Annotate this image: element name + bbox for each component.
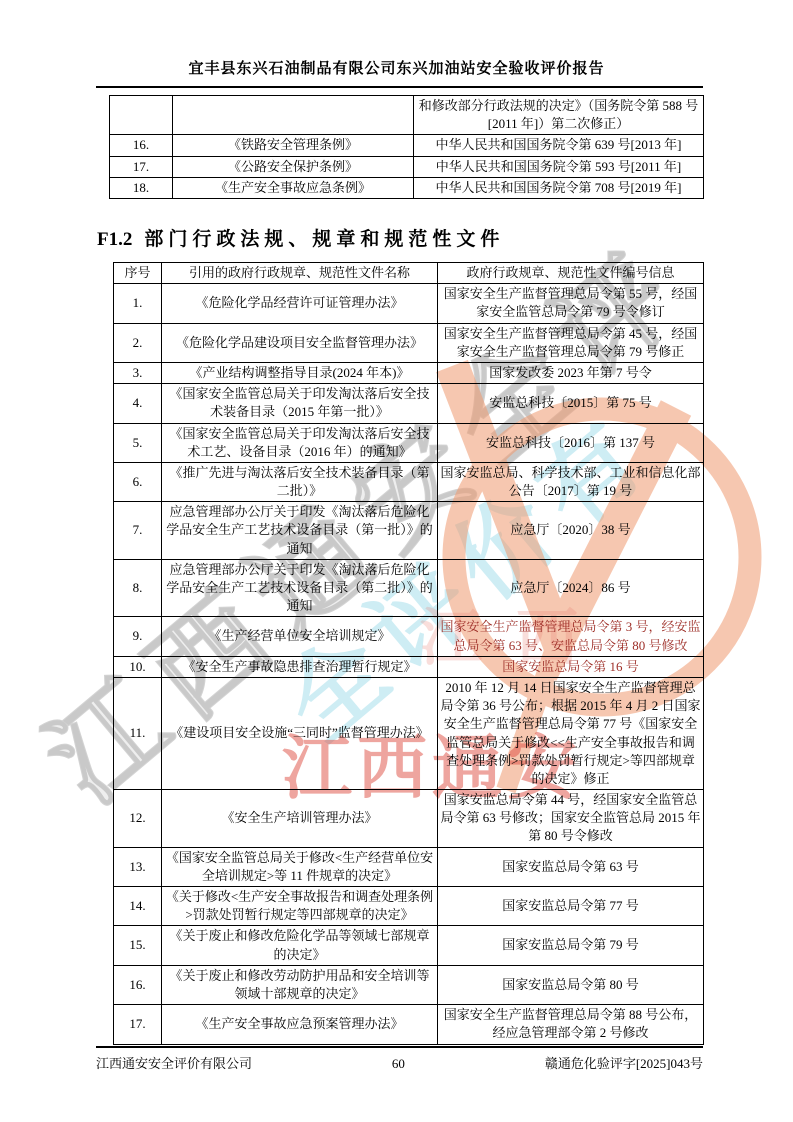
table-row: 15.《关于废止和修改危险化学品等领域七部规章的决定》国家安监总局令第 79 号 <box>114 926 704 965</box>
cell-index: 16. <box>114 965 162 1004</box>
cell-document-name: 《危险化学品建设项目安全监督管理办法》 <box>162 323 438 362</box>
cell-document-number: 国家安监总局、科学技术部、工业和信息化部公告〔2017〕第 19 号 <box>438 462 704 501</box>
table-row: 5.《国家安全监管总局关于印发淘汰落后安全技术工艺、设备目录（2016 年）的通… <box>114 423 704 462</box>
cell-document-name: 《国家安全监管总局关于印发淘汰落后安全技术装备目录（2015 年第一批）》 <box>162 384 438 423</box>
cell-document-name: 《公路安全保护条例》 <box>173 156 414 177</box>
cell-document-name: 《危险化学品经营许可证管理办法》 <box>162 284 438 323</box>
cell-index: 18. <box>110 177 173 198</box>
cell-index: 1. <box>114 284 162 323</box>
cell-document-number: 国家安监总局令第 79 号 <box>438 926 704 965</box>
cell-document-name <box>173 96 414 135</box>
cell-document-name: 应急管理部办公厅关于印发《淘汰落后危险化学品安全生产工艺技术设备目录（第一批）》… <box>162 502 438 560</box>
cell-document-number: 国家安监总局令第 16 号 <box>438 656 704 677</box>
cell-index: 8. <box>114 559 162 617</box>
table-row: 17.《公路安全保护条例》中华人民共和国国务院令第 593 号[2011 年] <box>110 156 704 177</box>
table-row: 10.《安全生产事故隐患排查治理暂行规定》国家安监总局令第 16 号 <box>114 656 704 677</box>
cell-document-number: 国家安全生产监督管理总局令第 45 号，经国家安全生产监督管理总局令第 79 号… <box>438 323 704 362</box>
table-row: 16.《铁路安全管理条例》中华人民共和国国务院令第 639 号[2013 年] <box>110 135 704 156</box>
table-row: 4.《国家安全监管总局关于印发淘汰落后安全技术装备目录（2015 年第一批）》安… <box>114 384 704 423</box>
footer-company: 江西通安安全评价有限公司 <box>96 1053 252 1072</box>
footer-doc-number: 赣通危化验评字[2025]043号 <box>545 1053 703 1072</box>
regulations-table-continuation: 和修改部分行政法规的决定》（国务院令第 588 号[2011 年]）第二次修正）… <box>109 95 704 199</box>
cell-document-name: 《国家安全监管总局关于印发淘汰落后安全技术工艺、设备目录（2016 年）的通知》 <box>162 423 438 462</box>
cell-document-number: 应急厅〔2024〕86 号 <box>438 559 704 617</box>
cell-document-number: 应急厅〔2020〕38 号 <box>438 502 704 560</box>
cell-document-name: 《关于废止和修改劳动防护用品和安全培训等领域十部规章的决定》 <box>162 965 438 1004</box>
table-row: 17.《生产安全事故应急预案管理办法》国家安全生产监督管理总局令第 88 号公布… <box>114 1005 704 1044</box>
cell-index: 9. <box>114 617 162 656</box>
cell-document-number: 中华人民共和国国务院令第 593 号[2011 年] <box>414 156 704 177</box>
table-row: 和修改部分行政法规的决定》（国务院令第 588 号[2011 年]）第二次修正） <box>110 96 704 135</box>
cell-document-name: 《生产经营单位安全培训规定》 <box>162 617 438 656</box>
column-header: 政府行政规章、规范性文件编号信息 <box>438 263 704 284</box>
cell-document-number: 和修改部分行政法规的决定》（国务院令第 588 号[2011 年]）第二次修正） <box>414 96 704 135</box>
cell-index: 14. <box>114 887 162 926</box>
cell-index: 13. <box>114 847 162 886</box>
table-row: 14.《关于修改<生产安全事故报告和调查处理条例>罚款处罚暂行规定等四部规章的决… <box>114 887 704 926</box>
cell-document-number: 国家发改委 2023 年第 7 号令 <box>438 362 704 383</box>
table-row: 7.应急管理部办公厅关于印发《淘汰落后危险化学品安全生产工艺技术设备目录（第一批… <box>114 502 704 560</box>
table-row: 11.《建设项目安全设施“三同时”监督管理办法》2010 年 12 月 14 日… <box>114 677 704 789</box>
table-row: 8.应急管理部办公厅关于印发《淘汰落后危险化学品安全生产工艺技术设备目录（第二批… <box>114 559 704 617</box>
cell-document-name: 应急管理部办公厅关于印发《淘汰落后危险化学品安全生产工艺技术设备目录（第二批）》… <box>162 559 438 617</box>
cell-index: 17. <box>114 1005 162 1044</box>
table-row: 9.《生产经营单位安全培训规定》国家安全生产监督管理总局令第 3 号，经安监总局… <box>114 617 704 656</box>
cell-document-number: 国家安监总局令第 77 号 <box>438 887 704 926</box>
cell-document-number: 安监总科技〔2016〕第 137 号 <box>438 423 704 462</box>
table-row: 1.《危险化学品经营许可证管理办法》国家安全生产监督管理总局令第 55 号，经国… <box>114 284 704 323</box>
cell-document-number: 国家安监总局令第 44 号，经国家安全监管总局令第 63 号修改；国家安全监管总… <box>438 790 704 848</box>
column-header: 序号 <box>114 263 162 284</box>
cell-document-name: 《关于修改<生产安全事故报告和调查处理条例>罚款处罚暂行规定等四部规章的决定》 <box>162 887 438 926</box>
table-row: 12.《安全生产培训管理办法》国家安监总局令第 44 号，经国家安全监管总局令第… <box>114 790 704 848</box>
cell-document-number: 中华人民共和国国务院令第 708 号[2019 年] <box>414 177 704 198</box>
cell-document-name: 《建设项目安全设施“三同时”监督管理办法》 <box>162 677 438 789</box>
cell-document-number: 2010 年 12 月 14 日国家安全生产监督管理总局令第 36 号公布；根据… <box>438 677 704 789</box>
cell-document-number: 国家安全生产监督管理总局令第 3 号，经安监总局令第 63 号、安监总局令第 8… <box>438 617 704 656</box>
cell-document-name: 《关于废止和修改危险化学品等领域七部规章的决定》 <box>162 926 438 965</box>
cell-index: 2. <box>114 323 162 362</box>
cell-document-name: 《国家安全监管总局关于修改<生产经营单位安全培训规定>等 11 件规章的决定》 <box>162 847 438 886</box>
cell-index <box>110 96 173 135</box>
table-row: 3.《产业结构调整指导目录(2024 年本)》国家发改委 2023 年第 7 号… <box>114 362 704 383</box>
document-page: 江西通安全评 全评价有 江西 江西通安 宜丰县东兴石油制品有限公司东兴加油站安全… <box>0 0 793 1122</box>
cell-index: 15. <box>114 926 162 965</box>
cell-document-number: 国家安全生产监督管理总局令第 88 号公布，经应急管理部令第 2 号修改 <box>438 1005 704 1044</box>
cell-index: 10. <box>114 656 162 677</box>
table-header-row: 序号引用的政府行政规章、规范性文件名称政府行政规章、规范性文件编号信息 <box>114 263 704 284</box>
cell-index: 16. <box>110 135 173 156</box>
table-row: 2.《危险化学品建设项目安全监督管理办法》国家安全生产监督管理总局令第 45 号… <box>114 323 704 362</box>
cell-index: 5. <box>114 423 162 462</box>
cell-document-name: 《生产安全事故应急条例》 <box>173 177 414 198</box>
cell-document-name: 《铁路安全管理条例》 <box>173 135 414 156</box>
page-title: 宜丰县东兴石油制品有限公司东兴加油站安全验收评价报告 <box>0 57 793 78</box>
cell-document-name: 《生产安全事故应急预案管理办法》 <box>162 1005 438 1044</box>
cell-document-name: 《产业结构调整指导目录(2024 年本)》 <box>162 362 438 383</box>
cell-document-name: 《安全生产培训管理办法》 <box>162 790 438 848</box>
table-row: 13.《国家安全监管总局关于修改<生产经营单位安全培训规定>等 11 件规章的决… <box>114 847 704 886</box>
footer-page-number: 60 <box>252 1056 545 1072</box>
table-row: 6.《推广先进与淘汰落后安全技术装备目录（第二批）》国家安监总局、科学技术部、工… <box>114 462 704 501</box>
section-heading: F1.2部门行政法规、规章和规范性文件 <box>97 224 504 251</box>
cell-index: 17. <box>110 156 173 177</box>
table-row: 18.《生产安全事故应急条例》中华人民共和国国务院令第 708 号[2019 年… <box>110 177 704 198</box>
cell-index: 4. <box>114 384 162 423</box>
cell-document-number: 国家安监总局令第 80 号 <box>438 965 704 1004</box>
departmental-regulations-table: 序号引用的政府行政规章、规范性文件名称政府行政规章、规范性文件编号信息1.《危险… <box>113 262 704 1045</box>
cell-document-number: 国家安全生产监督管理总局令第 55 号，经国家安全监管总局令第 79 号令修订 <box>438 284 704 323</box>
cell-document-name: 《推广先进与淘汰落后安全技术装备目录（第二批）》 <box>162 462 438 501</box>
cell-document-name: 《安全生产事故隐患排查治理暂行规定》 <box>162 656 438 677</box>
cell-index: 12. <box>114 790 162 848</box>
header-rule <box>96 86 703 88</box>
cell-index: 6. <box>114 462 162 501</box>
cell-document-number: 安监总科技〔2015〕第 75 号 <box>438 384 704 423</box>
page-footer: 江西通安安全评价有限公司 60 赣通危化验评字[2025]043号 <box>96 1046 703 1072</box>
section-title: 部门行政法规、规章和规范性文件 <box>144 229 504 250</box>
cell-index: 7. <box>114 502 162 560</box>
cell-document-number: 中华人民共和国国务院令第 639 号[2013 年] <box>414 135 704 156</box>
cell-index: 3. <box>114 362 162 383</box>
section-number: F1.2 <box>97 229 132 250</box>
cell-index: 11. <box>114 677 162 789</box>
cell-document-number: 国家安监总局令第 63 号 <box>438 847 704 886</box>
table-row: 16.《关于废止和修改劳动防护用品和安全培训等领域十部规章的决定》国家安监总局令… <box>114 965 704 1004</box>
column-header: 引用的政府行政规章、规范性文件名称 <box>162 263 438 284</box>
